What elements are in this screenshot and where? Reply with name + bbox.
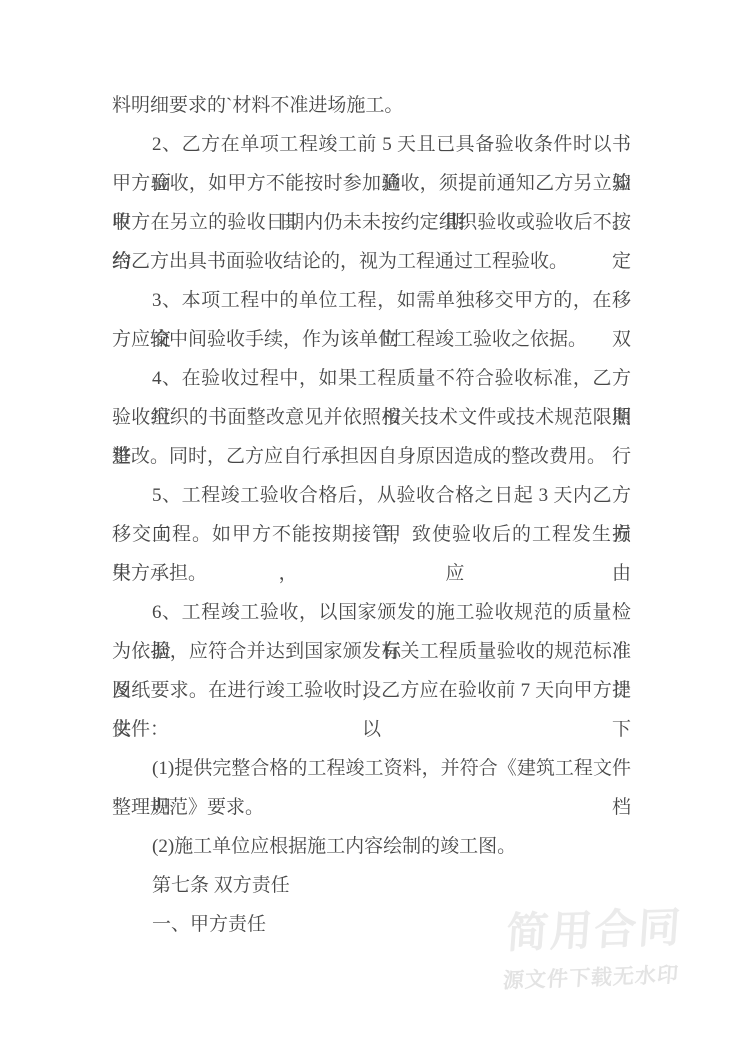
contract-body-text: 料明细要求的`材料不准进场施工。 2、乙方在单项工程竣工前 5 天且已具备验收条… <box>112 86 631 944</box>
doc-line-item-1: (1)提供完整合格的工程竣工资料，并符合《建筑工程文件归档 <box>112 749 631 788</box>
doc-line: 料明细要求的`材料不准进场施工。 <box>112 86 631 125</box>
doc-line: 为依据，应符合并达到国家颁发有关工程质量验收的规范标准及设计 <box>112 632 631 671</box>
doc-line: 甲方在另立的验收日期内仍未未按约定组织验收或验收后不按约定 <box>112 203 631 242</box>
doc-line: 给乙方出具书面验收结论的，视为工程通过工程验收。 <box>112 242 631 281</box>
doc-line-clause-5: 5、工程竣工验收合格后，从验收合格之日起 3 天内乙方向甲方 <box>112 476 631 515</box>
section-heading-article-7: 第七条 双方责任 <box>112 866 631 905</box>
doc-line: 整改。同时，乙方应自行承担因自身原因造成的整改费用。 <box>112 437 631 476</box>
doc-line: 移交工程。如甲方不能按期接管，致使验收后的工程发生损失，应由 <box>112 515 631 554</box>
doc-line-item-2: (2)施工单位应根据施工内容绘制的竣工图。 <box>112 827 631 866</box>
doc-line-clause-2: 2、乙方在单项工程竣工前 5 天且已具备验收条件时以书面通知 <box>112 125 631 164</box>
doc-line-clause-3: 3、本项工程中的单位工程，如需单独移交甲方的，在移交时双 <box>112 281 631 320</box>
doc-line-clause-4: 4、在验收过程中，如果工程质量不符合验收标准，乙方应按照 <box>112 359 631 398</box>
doc-line: 甲方验收，如甲方不能按时参加验收，须提前通知乙方另立验收日期。 <box>112 164 631 203</box>
doc-line-clause-6: 6、工程竣工验收，以国家颁发的施工验收规范的质量检验标准 <box>112 593 631 632</box>
doc-line: 方应输中间验收手续，作为该单位工程竣工验收之依据。 <box>112 320 631 359</box>
subsection-heading-party-a-duty: 一、甲方责任 <box>112 905 631 944</box>
contract-document-page: 料明细要求的`材料不准进场施工。 2、乙方在单项工程竣工前 5 天且已具备验收条… <box>0 0 742 1049</box>
doc-line: 图纸要求。在进行竣工验收时，乙方应在验收前 7 天向甲方提供以下 <box>112 671 631 710</box>
doc-line: 验收组织的书面整改意见并依照相关技术文件或技术规范限期进行 <box>112 398 631 437</box>
watermark-subtitle-text: 源文件下载无水印 <box>502 957 714 994</box>
